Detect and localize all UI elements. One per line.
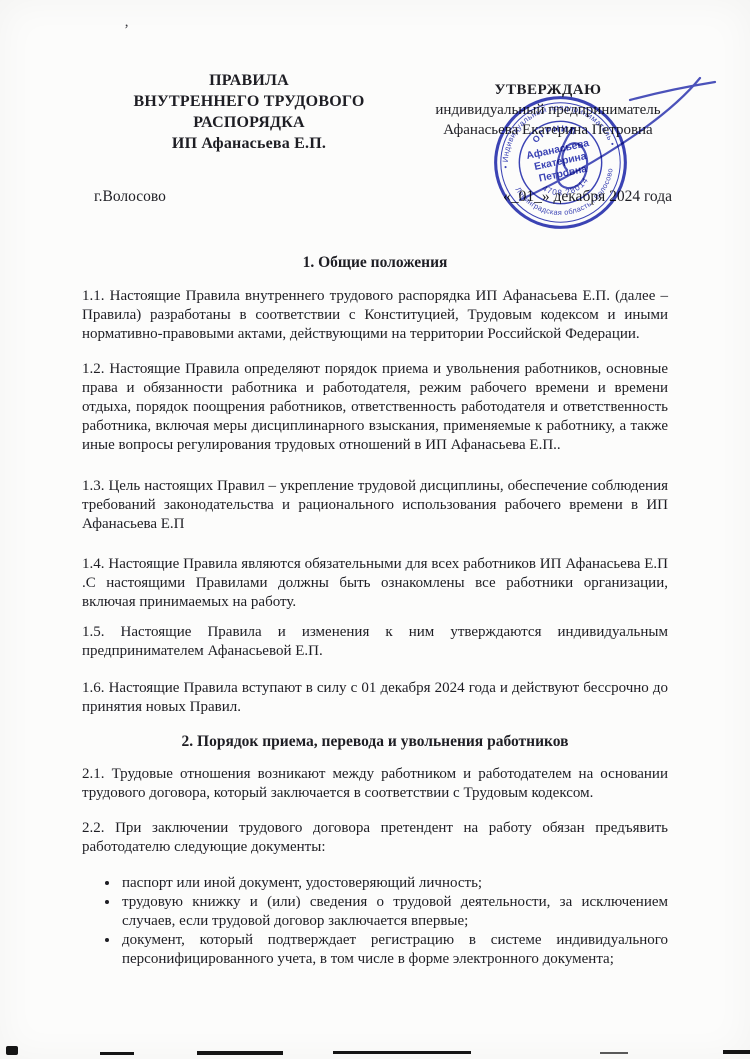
paragraph-1-5: 1.5. Настоящие Правила и изменения к ним… xyxy=(82,623,668,661)
scan-artifact xyxy=(600,1052,628,1054)
paragraph-1-4: 1.4. Настоящие Правила являются обязател… xyxy=(82,555,668,612)
paragraph-2-2: 2.2. При заключении трудового договора п… xyxy=(82,819,668,857)
document-title: ПРАВИЛА ВНУТРЕННЕГО ТРУДОВОГО РАСПОРЯДКА… xyxy=(90,70,408,154)
section-1-heading: 1. Общие положения xyxy=(82,253,668,273)
scan-artifact xyxy=(723,1050,750,1054)
bullet-item: трудовую книжку и (или) сведения о трудо… xyxy=(120,893,668,931)
title-line: РАСПОРЯДКА xyxy=(90,112,408,133)
title-line: ПРАВИЛА xyxy=(90,70,408,91)
scan-artifact xyxy=(197,1051,283,1055)
title-line: ВНУТРЕННЕГО ТРУДОВОГО xyxy=(90,91,408,112)
paragraph-1-6: 1.6. Настоящие Правила вступают в силу с… xyxy=(82,679,668,717)
scan-artifact xyxy=(6,1046,18,1055)
paragraph-2-1: 2.1. Трудовые отношения возникают между … xyxy=(82,765,668,803)
round-stamp: • Индивидуальный предприниматель • Ленин… xyxy=(473,75,648,250)
place-line: г.Волосово xyxy=(94,188,166,206)
paragraph-1-1: 1.1. Настоящие Правила внутреннего трудо… xyxy=(82,287,668,344)
bullet-item: паспорт или иной документ, удостоверяющи… xyxy=(120,874,668,893)
title-line: ИП Афанасьева Е.П. xyxy=(90,133,408,154)
stamp-svg: • Индивидуальный предприниматель • Ленин… xyxy=(473,75,648,250)
bullet-item: документ, который подтверждает регистрац… xyxy=(120,931,668,969)
paragraph-1-3: 1.3. Цель настоящих Правил – укрепление … xyxy=(82,477,668,534)
scan-speck-mark: ’ xyxy=(124,22,129,39)
paragraph-1-2: 1.2. Настоящие Правила определяют порядо… xyxy=(82,360,668,455)
section-2-heading: 2. Порядок приема, перевода и увольнения… xyxy=(82,732,668,752)
scan-artifact xyxy=(100,1052,134,1055)
scan-artifact xyxy=(333,1051,471,1054)
scanned-document-page: ’ ПРАВИЛА ВНУТРЕННЕГО ТРУДОВОГО РАСПОРЯД… xyxy=(0,0,750,1059)
document-bullet-list: паспорт или иной документ, удостоверяющи… xyxy=(82,874,668,969)
